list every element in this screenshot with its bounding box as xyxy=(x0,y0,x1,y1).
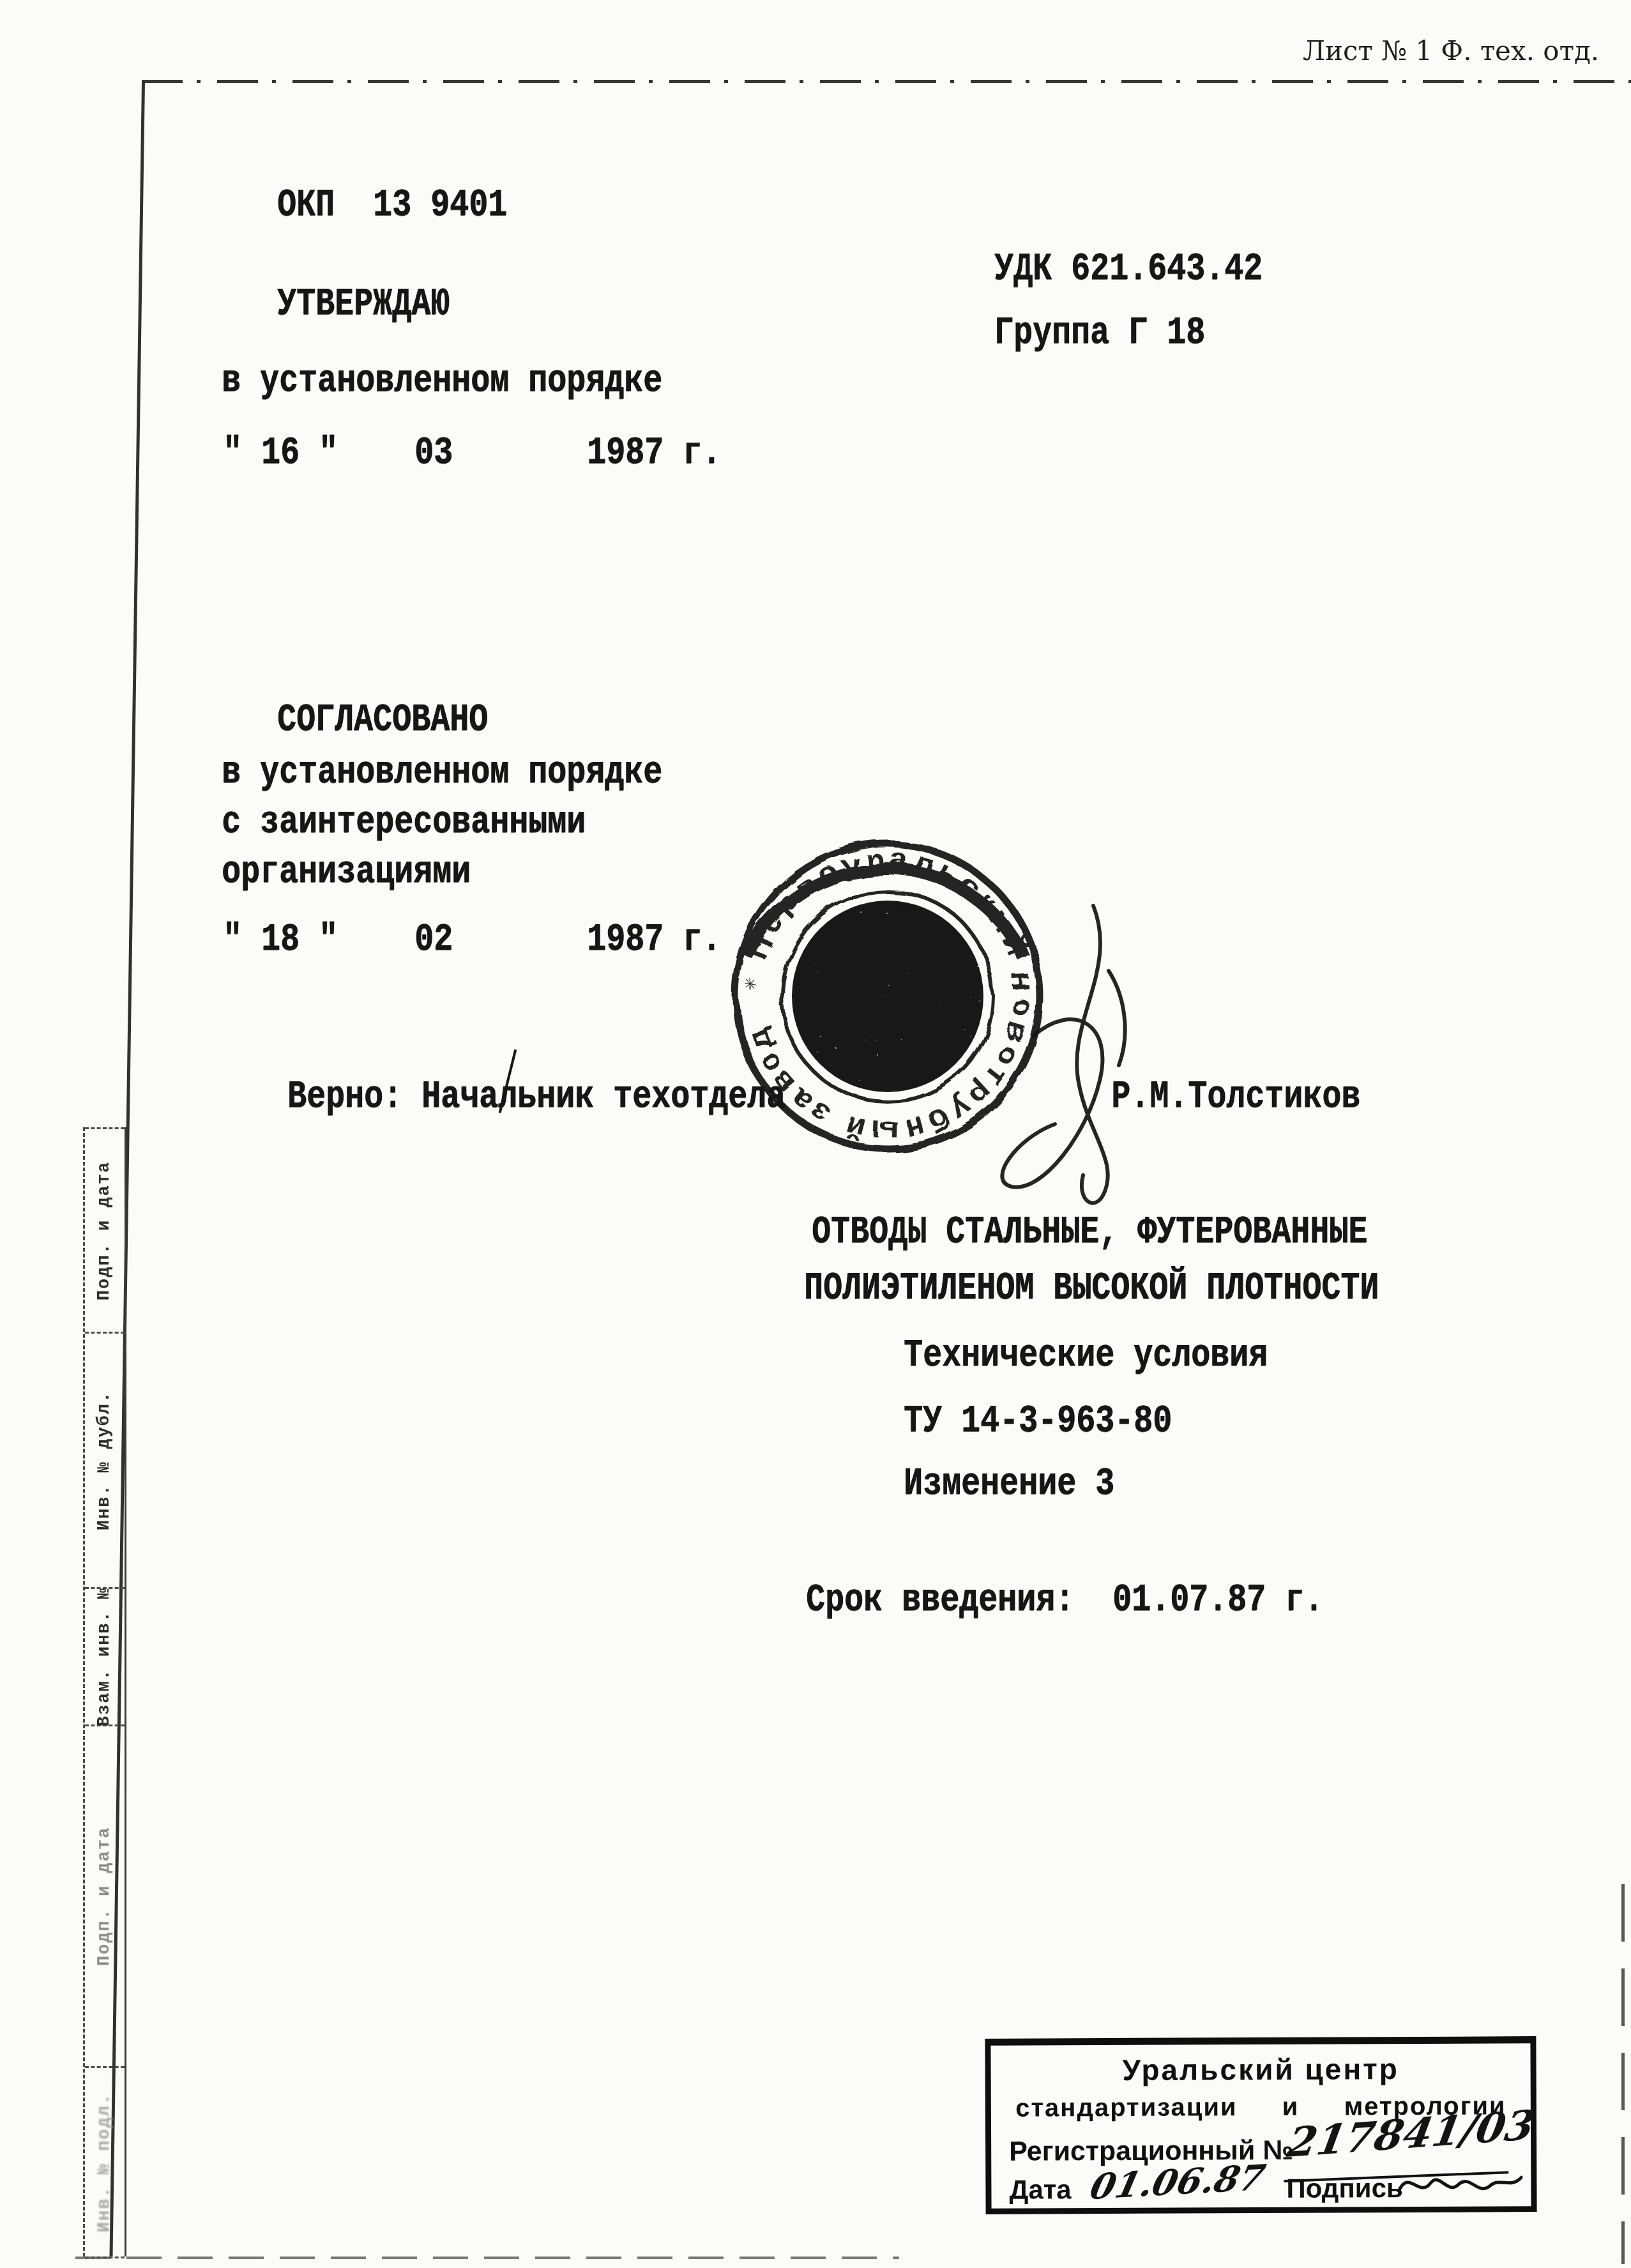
strip-cell-inv-podl: Инв. № подл. xyxy=(85,2068,125,2258)
okp-code: ОКП 13 9401 xyxy=(277,186,507,225)
registration-box: Уральский центр стандартизации и метроло… xyxy=(985,2036,1536,2214)
approve-line: в установленном порядке xyxy=(222,362,662,401)
agree-line-3: организациями xyxy=(222,853,471,892)
strip-label: Инв. № дубл. xyxy=(95,1390,114,1530)
agree-title: СОГЛАСОВАНО xyxy=(277,701,488,740)
strip-cell-vzam-inv: Взам. инв. № xyxy=(85,1589,125,1726)
scanned-document-page: Лист № 1 Ф. тех. отд. ОКП 13 9401 УДК 62… xyxy=(0,0,1631,2268)
regbox-date-label: Дата xyxy=(1009,2174,1071,2205)
strip-cell-inv-dubl: Инв. № дубл. xyxy=(85,1334,125,1589)
stamp-star-icon: ✳ xyxy=(741,978,763,992)
doc-effective-date: Срок введения: 01.07.87 г. xyxy=(806,1581,1323,1620)
left-form-strip: Подп. и дата Инв. № дубл. Взам. инв. № П… xyxy=(83,1127,126,2257)
top-border-line xyxy=(142,80,1631,83)
right-border-line xyxy=(1621,1884,1625,2264)
bottom-border-line xyxy=(75,2257,899,2259)
strip-label: Подп. и дата xyxy=(95,1827,114,1966)
regbox-sign-label: Подпись xyxy=(1286,2173,1403,2204)
strip-cell-podp-data-2: Подп. и дата xyxy=(85,1726,125,2068)
agree-line-2: с заинтересованными xyxy=(222,803,586,842)
doc-title-line-1: ОТВОДЫ СТАЛЬНЫЕ, ФУТЕРОВАННЫЕ xyxy=(812,1214,1367,1252)
strip-label: Взам. инв. № xyxy=(95,1587,114,1726)
doc-subtitle: Технические условия xyxy=(904,1337,1268,1376)
doc-title-line-2: ПОЛИЭТИЛЕНОМ ВЫСОКОЙ ПЛОТНОСТИ xyxy=(804,1270,1379,1309)
signature-flourish xyxy=(958,894,1169,1214)
approve-title: УТВЕРЖДАЮ xyxy=(277,285,450,324)
strip-cell-podp-data-1: Подп. и дата xyxy=(85,1127,125,1334)
regbox-signature-squiggle xyxy=(1395,2159,1522,2208)
approve-date: " 16 " 03 1987 г. xyxy=(223,434,721,473)
certification-line: Верно: Начальник техотдела Р.М.Толстиков xyxy=(287,1078,1360,1117)
sheet-header-label: Лист № 1 Ф. тех. отд. xyxy=(1303,35,1599,66)
udk-code: УДК 621.643.42 xyxy=(994,250,1263,289)
regbox-org-line-1: Уральский центр xyxy=(991,2051,1531,2088)
strip-label: Инв. № подл. xyxy=(95,2092,114,2232)
stamp-emblem-speckle xyxy=(792,901,983,1092)
agree-line-1: в установленном порядке xyxy=(222,754,662,793)
agree-date: " 18 " 02 1987 г. xyxy=(223,921,721,960)
doc-amendment: Изменение 3 xyxy=(904,1465,1114,1504)
strip-label: Подп. и дата xyxy=(95,1161,114,1300)
doc-number: ТУ 14-3-963-80 xyxy=(904,1403,1172,1442)
group-code: Группа Г 18 xyxy=(994,314,1205,353)
